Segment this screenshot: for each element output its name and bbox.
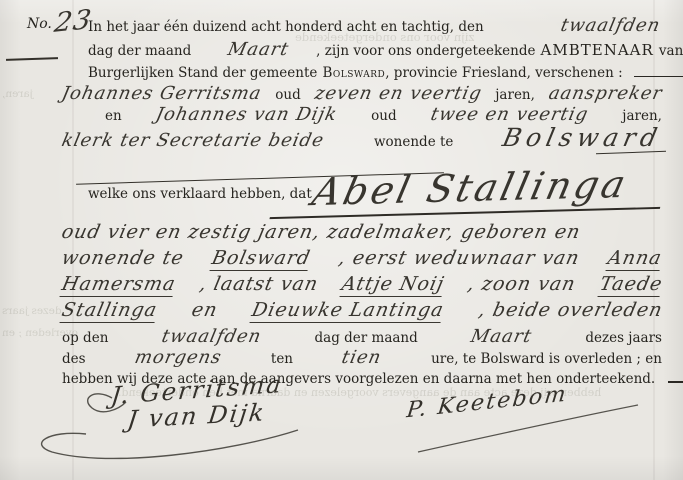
printed-text: , zijn voor ons ondergeteekende — [316, 43, 535, 59]
deceased-name: Abel Stallinga — [269, 161, 670, 219]
printed-text: ure, te Bolsward is overleden ; en — [431, 351, 662, 367]
father-lastname: Stallinga — [59, 299, 159, 323]
printed-text: ten — [271, 351, 293, 367]
printed-text: jaren, — [495, 87, 535, 103]
bleedthrough-text: dezes jaars — [2, 305, 62, 317]
declaration-wives-line: Hamersma , laatst van Attje Noij , zoon … — [62, 273, 662, 297]
printed-municipality: Bolsward — [322, 65, 385, 81]
death-day: twaalfden — [160, 326, 264, 347]
handwritten-text: , eerst weduwnaar van — [337, 247, 582, 269]
printed-text-ambtenaar: AMBTENAAR — [541, 41, 654, 59]
death-month: Maart — [469, 326, 534, 347]
closing-trailing-line — [668, 370, 683, 383]
handwritten-text: , laatst van — [197, 273, 320, 295]
printed-text: oud — [275, 87, 300, 103]
handwritten-text: , beide overleden — [476, 299, 664, 321]
handwritten-text: wonende te — [60, 247, 186, 269]
printed-text: van den — [659, 43, 683, 59]
death-time-line: des morgens ten tien ure, te Bolsward is… — [62, 347, 662, 368]
declarants-residence: Bolsward — [500, 123, 665, 152]
mother-name: Dieuwke Lantinga — [250, 299, 447, 323]
intro-line-3: Burgerlijken Stand der gemeente Bolsward… — [88, 62, 663, 81]
act-number-label: No. — [27, 16, 52, 32]
printed-text: In het jaar één duizend acht honderd ach… — [88, 19, 484, 35]
declarant-line-1: Johannes Gerritsma oud zeven en veertig … — [62, 83, 662, 104]
death-daypart: morgens — [133, 347, 224, 368]
printed-text: dezes jaars — [585, 330, 662, 346]
printed-text: dag der maand — [315, 330, 418, 346]
death-certificate-document: zijn voor ons ondergeteekende jaren, dez… — [0, 0, 683, 480]
declarant-line-3: klerk ter Secretarie beide wonende te Bo… — [62, 123, 662, 152]
intro-line-2: dag der maand Maart , zijn voor ons onde… — [88, 39, 663, 60]
printed-text: en — [105, 108, 122, 124]
declarant1-name: Johannes Gerritsma — [60, 83, 264, 104]
declaration-parents-line: Stallinga en Dieuwke Lantinga , beide ov… — [62, 299, 662, 323]
first-wife-lastname: Hamersma — [59, 273, 177, 297]
declaration-age-line: oud vier en zestig jaren, zadelmaker, ge… — [62, 221, 662, 243]
deceased-residence: Bolsward — [210, 247, 313, 271]
printed-text: jaren, — [622, 108, 662, 124]
death-date-line: op den twaalfden dag der maand Maart dez… — [62, 326, 662, 347]
declarant2-name: Johannes van Dijk — [154, 104, 340, 125]
handwritten-text: en — [189, 299, 219, 321]
printed-text: des — [62, 351, 86, 367]
declarant-line-2: en Johannes van Dijk oud twee en veertig… — [105, 104, 662, 125]
printed-text: op den — [62, 330, 108, 346]
handwritten-day: twaalfden — [558, 15, 662, 36]
intro-line-1: In het jaar één duizend acht honderd ach… — [88, 15, 660, 36]
declaration-residence-line: wonende te Bolsward , eerst weduwnaar va… — [62, 247, 662, 271]
declarant2-occupation: klerk ter Secretarie beide — [60, 130, 326, 151]
printed-text: dag der maand — [88, 43, 191, 59]
act-number-underline — [6, 57, 58, 61]
second-wife-name: Attje Noij — [339, 273, 446, 297]
handwritten-month: Maart — [226, 39, 291, 60]
printed-text: Burgerlijken Stand der gemeente — [88, 65, 317, 81]
handwritten-text: oud vier en zestig jaren, zadelmaker, ge… — [60, 221, 583, 243]
declarant2-age: twee en veertig — [429, 104, 591, 125]
declarant1-occupation: aanspreker — [547, 83, 665, 104]
printed-text: wonende te — [374, 134, 453, 150]
first-wife-firstname: Anna — [606, 247, 665, 271]
bleedthrough-text: jaren, — [2, 88, 33, 100]
declarant1-age: zeven en veertig — [312, 83, 483, 104]
printed-text: , provincie Friesland, verschenen : — [385, 65, 622, 81]
blank-fill-line — [634, 65, 683, 77]
death-hour: tien — [340, 347, 384, 368]
printed-text: oud — [371, 108, 396, 124]
handwritten-text: , zoon van — [466, 273, 578, 295]
signature-declarant2: J van Dijk — [126, 398, 268, 433]
father-firstname: Taede — [597, 273, 664, 297]
